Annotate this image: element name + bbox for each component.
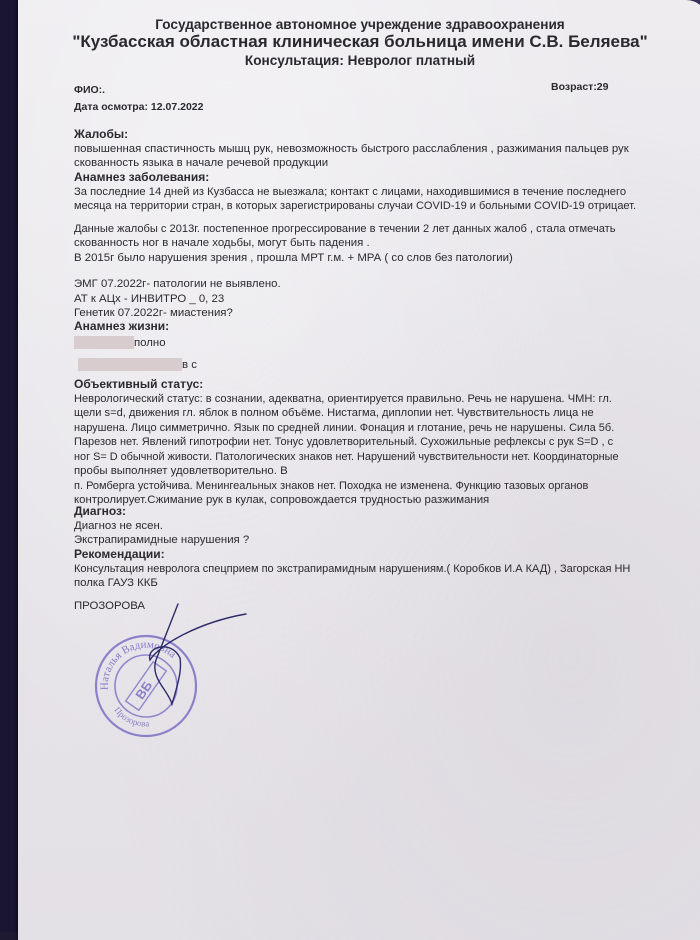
objective-status-title: Объективный статус: [74, 377, 684, 392]
life-history-line-redacted: в с [74, 358, 684, 373]
diagnosis-line: Экстрапирамидные нарушения ? [74, 533, 684, 548]
institution-name: "Кузбасская областная клиническая больни… [10, 35, 700, 50]
recommendations-section: Рекомендации: Консультация невролога спе… [74, 547, 684, 591]
status-line: Парезов нет. Явлений гипотрофии нет. Тон… [74, 435, 684, 450]
institution-type: Государственное автономное учреждение зд… [10, 18, 700, 33]
diagnosis-line: Диагноз не ясен. [74, 519, 684, 534]
status-line: Неврологический статус: в сознании, адек… [74, 392, 684, 407]
consultation-title: Консультация: Невролог платный [10, 54, 700, 69]
history-line: АТ к АЦх - ИНВИТРО _ 0, 23 [74, 292, 684, 307]
life-history-fragment: в с [182, 359, 197, 371]
objective-status-section: Объективный статус: Неврологический стат… [74, 377, 684, 508]
life-history-section: Анамнез жизни: полно в с [74, 319, 684, 373]
history-spacer [74, 214, 684, 222]
history-line: В 2015г было нарушения зрения , прошла М… [74, 251, 684, 266]
patient-fio: ФИО:. [74, 83, 105, 98]
status-line: нарушена. Лицо симметрично. Язык по сред… [74, 421, 684, 436]
status-line: пробы выполняет удовлетворительно. В [74, 464, 684, 479]
complaints-title: Жалобы: [74, 127, 684, 142]
status-line: п. Ромберга устойчива. Менингеальных зна… [74, 479, 684, 494]
diagnosis-section: Диагноз: Диагноз не ясен. Экстрапирамидн… [74, 504, 684, 548]
history-line: месяца на территории стран, в которых за… [74, 199, 684, 214]
status-line: щели s=d, движения гл. яблок в полном об… [74, 406, 684, 421]
life-history-line-redacted: полно [74, 336, 684, 351]
status-line: ног S= D обычной живости. Патологических… [74, 450, 684, 465]
redaction-block [74, 336, 134, 349]
diagnosis-title: Диагноз: [74, 504, 684, 519]
complaints-line: скованность языка в начале речевой проду… [74, 156, 684, 171]
history-line: За последние 14 дней из Кузбасса не выез… [74, 185, 684, 200]
life-history-fragment: полно [134, 337, 166, 349]
complaints-line: повышенная спастичность мышц рук, невозм… [74, 142, 684, 157]
disease-history-title: Анамнез заболевания: [74, 170, 684, 185]
consultation-document: Государственное автономное учреждение зд… [0, 0, 700, 932]
life-history-title: Анамнез жизни: [74, 319, 684, 334]
recommendations-title: Рекомендации: [74, 547, 684, 562]
history-line: скованность ног в начале ходьбы, могут б… [74, 236, 684, 251]
signature-icon [120, 600, 250, 720]
disease-history-section: Анамнез заболевания: За последние 14 дне… [74, 170, 684, 321]
history-line: ЭМГ 07.2022г- патологии не выявлено. [74, 277, 684, 292]
recommendation-line: Консультация невролога спецприем по экст… [74, 562, 684, 577]
patient-age: Возраст:29 [551, 80, 609, 95]
redaction-block [78, 358, 182, 371]
history-line: Данные жалобы с 2013г. постепенное прогр… [74, 222, 684, 237]
recommendation-line: полка ГАУЗ ККБ [74, 576, 684, 591]
history-spacer [74, 265, 684, 277]
exam-date: Дата осмотра: 12.07.2022 [74, 100, 203, 115]
complaints-section: Жалобы: повышенная спастичность мышц рук… [74, 127, 684, 171]
